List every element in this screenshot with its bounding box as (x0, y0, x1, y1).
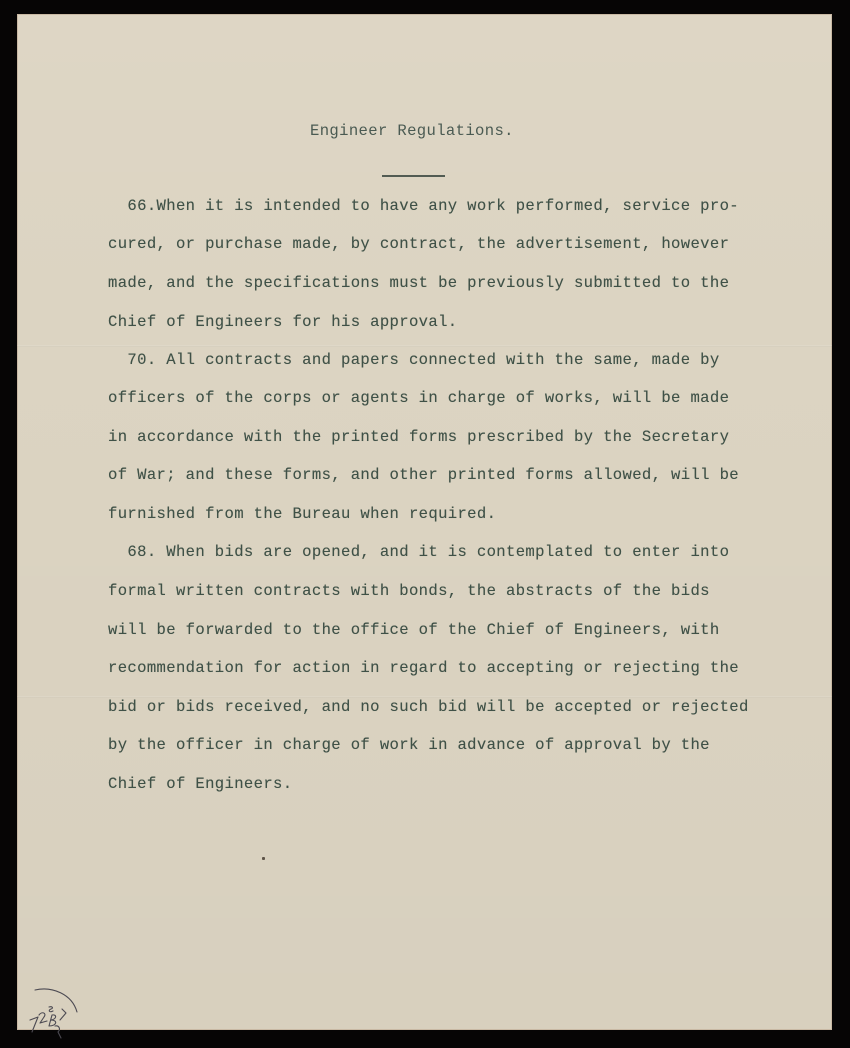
paragraph-line: recommendation for action in regard to a… (108, 661, 739, 677)
paragraph-line: furnished from the Bureau when required. (108, 507, 496, 523)
scanned-document-viewer: Engineer Regulations. 66.When it is inte… (0, 0, 850, 1048)
paragraph-line: made, and the specifications must be pre… (108, 276, 729, 292)
document-title: Engineer Regulations. (310, 122, 514, 140)
ink-speck (262, 857, 265, 860)
paragraph-line: will be forwarded to the office of the C… (108, 623, 720, 639)
paragraph-line: 68. When bids are opened, and it is cont… (108, 545, 729, 561)
paragraph-line: cured, or purchase made, by contract, th… (108, 237, 729, 253)
handwritten-pencil-annotation (22, 982, 92, 1042)
paragraph-line: 66.When it is intended to have any work … (108, 199, 739, 215)
paragraph-line: formal written contracts with bonds, the… (108, 584, 710, 600)
paragraph-line: by the officer in charge of work in adva… (108, 738, 710, 754)
paragraph-line: 70. All contracts and papers connected w… (108, 353, 720, 369)
paragraph-line: officers of the corps or agents in charg… (108, 391, 729, 407)
paragraph-line: bid or bids received, and no such bid wi… (108, 700, 749, 716)
fold-crease-upper (17, 345, 832, 347)
paper-page: Engineer Regulations. 66.When it is inte… (17, 14, 832, 1030)
paragraph-line: Chief of Engineers. (108, 777, 292, 793)
title-underline-divider (382, 175, 445, 177)
paragraph-line: in accordance with the printed forms pre… (108, 430, 729, 446)
paragraph-line: of War; and these forms, and other print… (108, 468, 739, 484)
paragraph-line: Chief of Engineers for his approval. (108, 315, 457, 331)
